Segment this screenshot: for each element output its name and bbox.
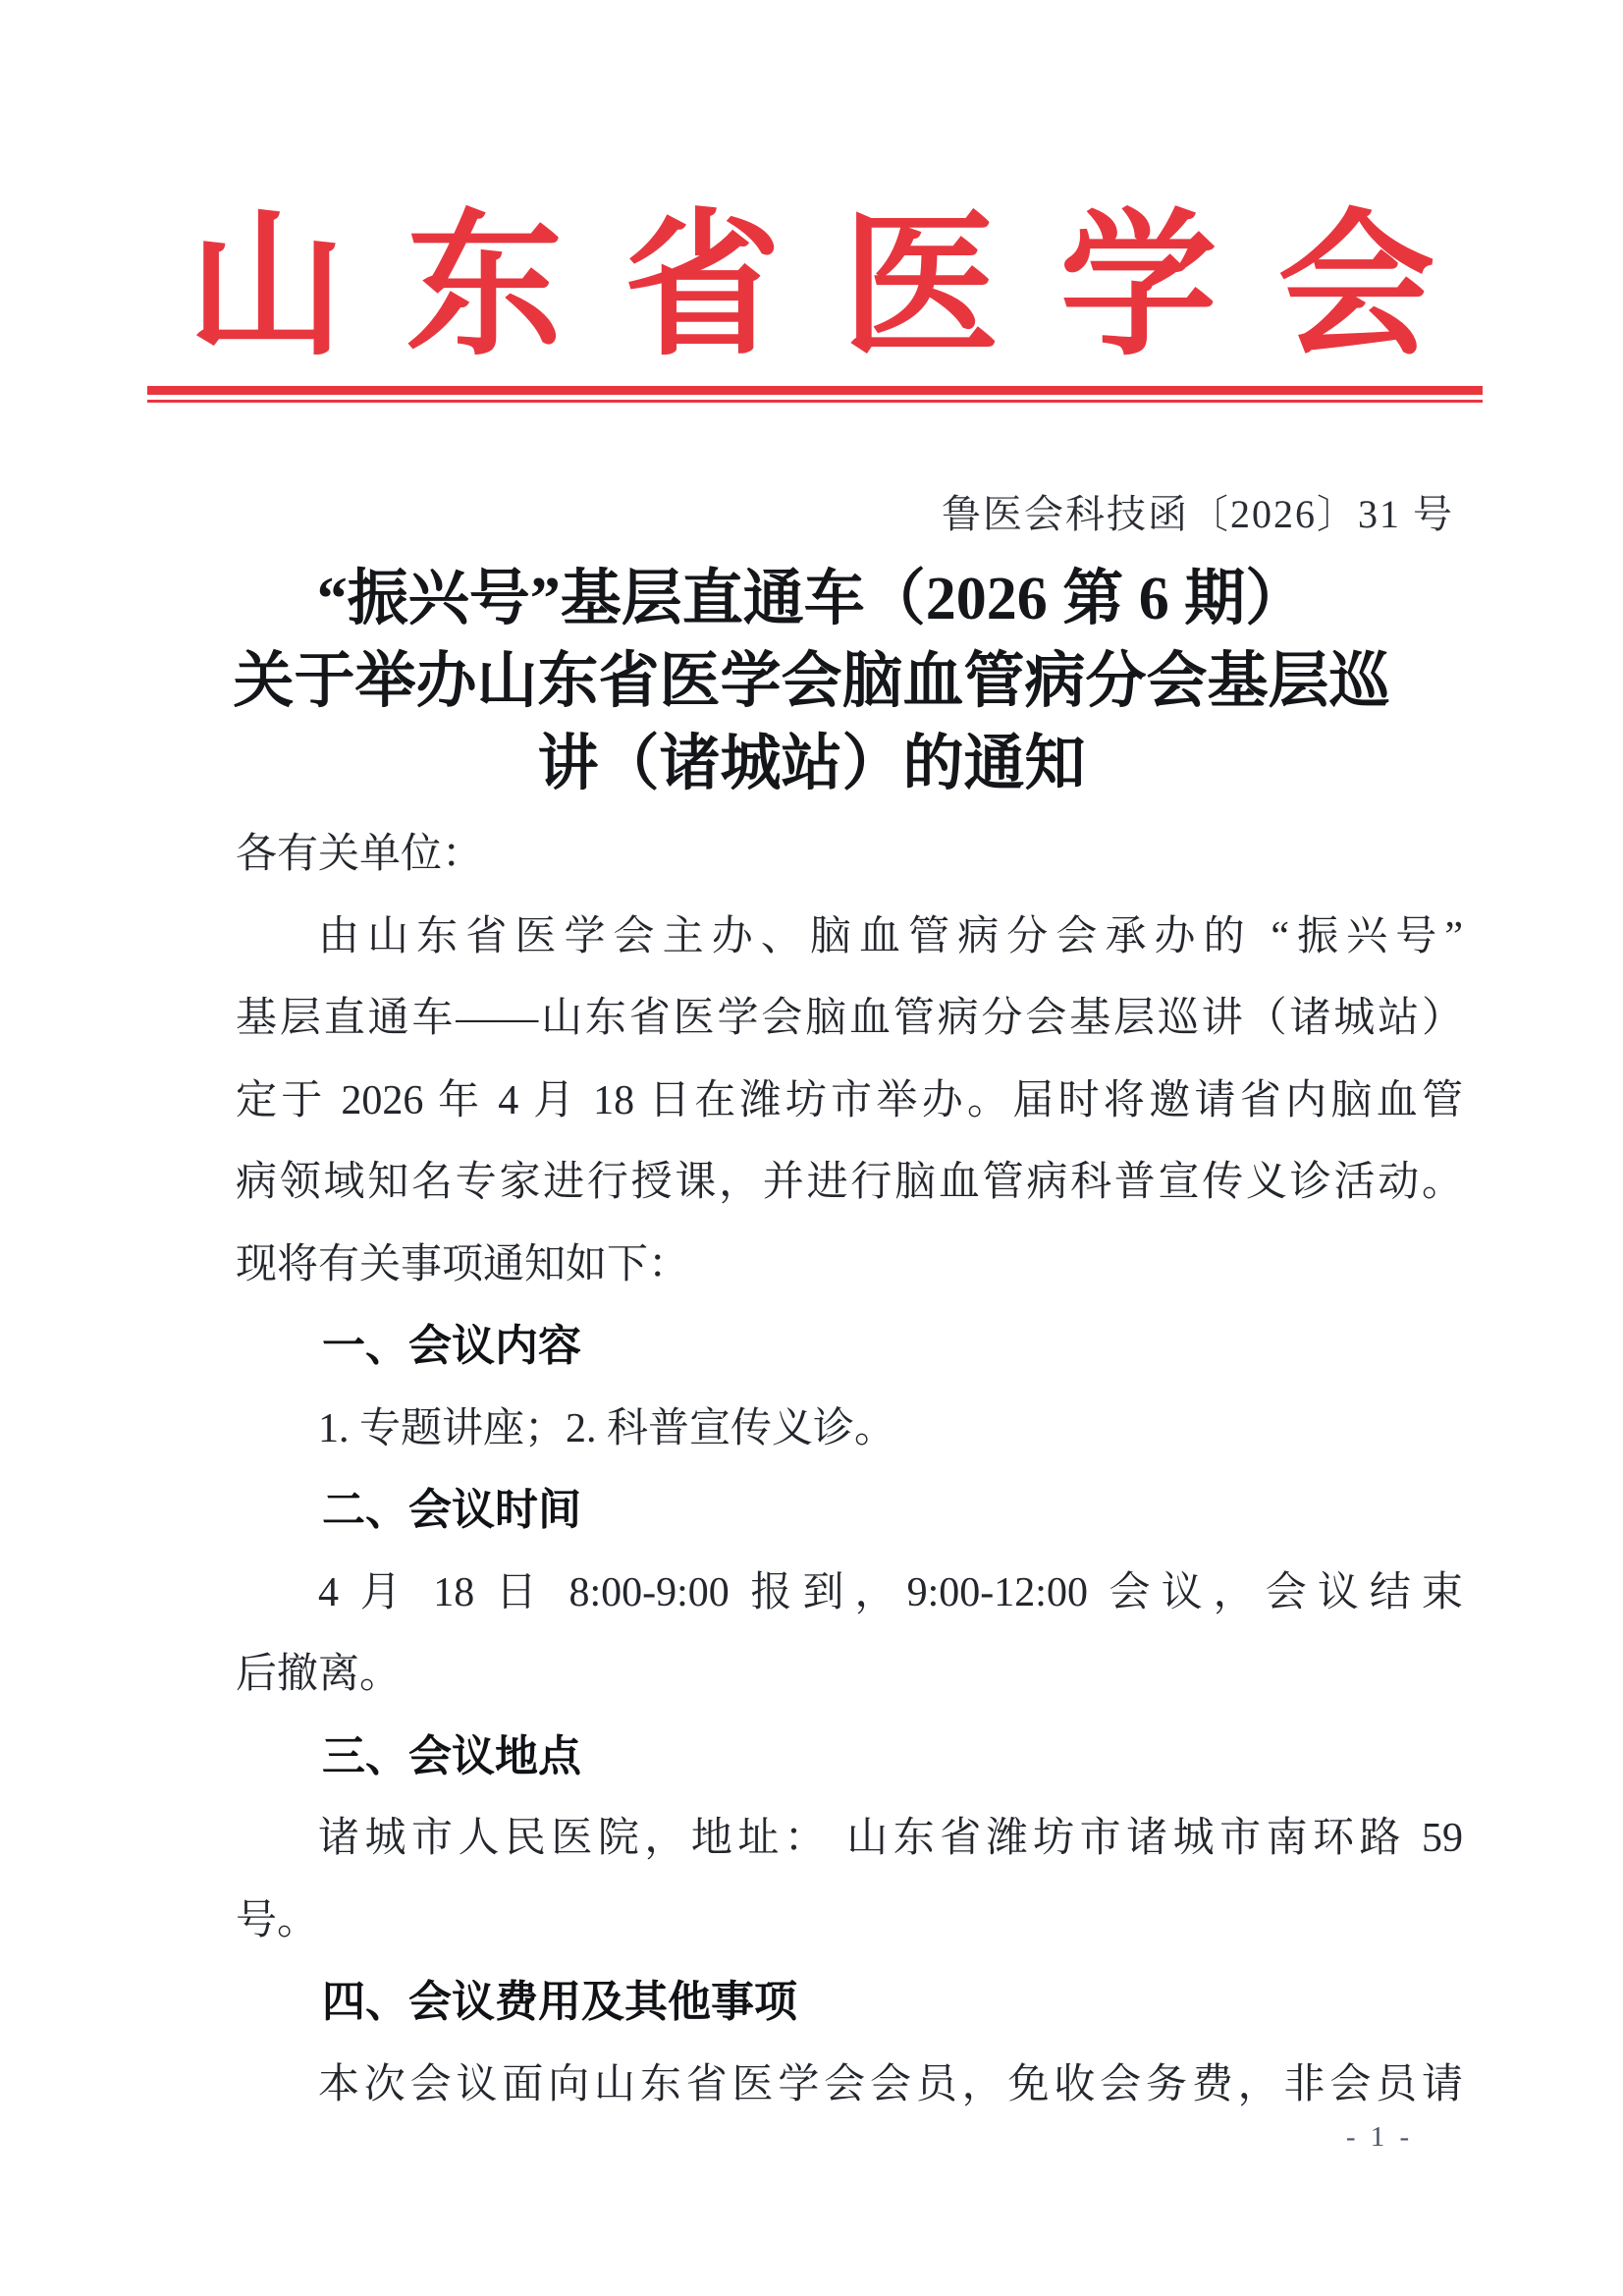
body-line: 定于 2026 年 4 月 18 日在潍坊市举办。届时将邀请省内脑血管 xyxy=(236,1065,1463,1147)
body-line: 由山东省医学会主办、脑血管病分会承办的 “振兴号” xyxy=(236,901,1463,983)
body-line: 4 月 18 日 8:00-9:00 报到，9:00-12:00 会议，会议结束 xyxy=(236,1557,1463,1639)
section-heading-2-time: 二、会议时间 xyxy=(236,1474,1463,1557)
salutation-line: 各有关单位： xyxy=(236,818,1463,901)
document-page: 山东省医学会 鲁医会科技函〔2026〕31 号 “振兴号”基层直通车（2026 … xyxy=(0,0,1623,2296)
body-line: 后撤离。 xyxy=(236,1638,1463,1721)
doc-reference-number: 鲁医会科技函〔2026〕31 号 xyxy=(942,483,1454,539)
body-line: 病领域知名专家进行授课，并进行脑血管病科普宣传义诊活动。 xyxy=(236,1146,1463,1229)
page-number: - 1 - xyxy=(1321,2121,1438,2154)
notice-title-line-2: 关于举办山东省医学会脑血管病分会基层巡 xyxy=(108,640,1515,723)
body-line: 基层直通车——山东省医学会脑血管病分会基层巡讲（诸城站） xyxy=(236,982,1463,1065)
letterhead-org-name: 山东省医学会 xyxy=(0,189,1623,385)
body-line: 1. 专题讲座；2. 科普宣传义诊。 xyxy=(236,1393,1463,1475)
notice-title-line-3: 讲（诸城站）的通知 xyxy=(108,723,1515,805)
notice-body: 各有关单位： 由山东省医学会主办、脑血管病分会承办的 “振兴号” 基层直通车——… xyxy=(236,818,1463,2130)
section-heading-4-fees: 四、会议费用及其他事项 xyxy=(236,1966,1463,2049)
letterhead-rule-thick xyxy=(147,386,1483,395)
body-line: 号。 xyxy=(236,1885,1463,1967)
body-line: 现将有关事项通知如下： xyxy=(236,1229,1463,1311)
notice-title: “振兴号”基层直通车（2026 第 6 期） 关于举办山东省医学会脑血管病分会基… xyxy=(108,558,1515,805)
letterhead-rule-thin xyxy=(147,400,1483,403)
body-line: 本次会议面向山东省医学会会员，免收会务费，非会员请 xyxy=(236,2049,1463,2131)
notice-title-line-1: “振兴号”基层直通车（2026 第 6 期） xyxy=(108,558,1515,640)
section-heading-1-content: 一、会议内容 xyxy=(236,1310,1463,1393)
body-line: 诸城市人民医院，地址： 山东省潍坊市诸城市南环路 59 xyxy=(236,1802,1463,1885)
section-heading-3-location: 三、会议地点 xyxy=(236,1721,1463,1803)
